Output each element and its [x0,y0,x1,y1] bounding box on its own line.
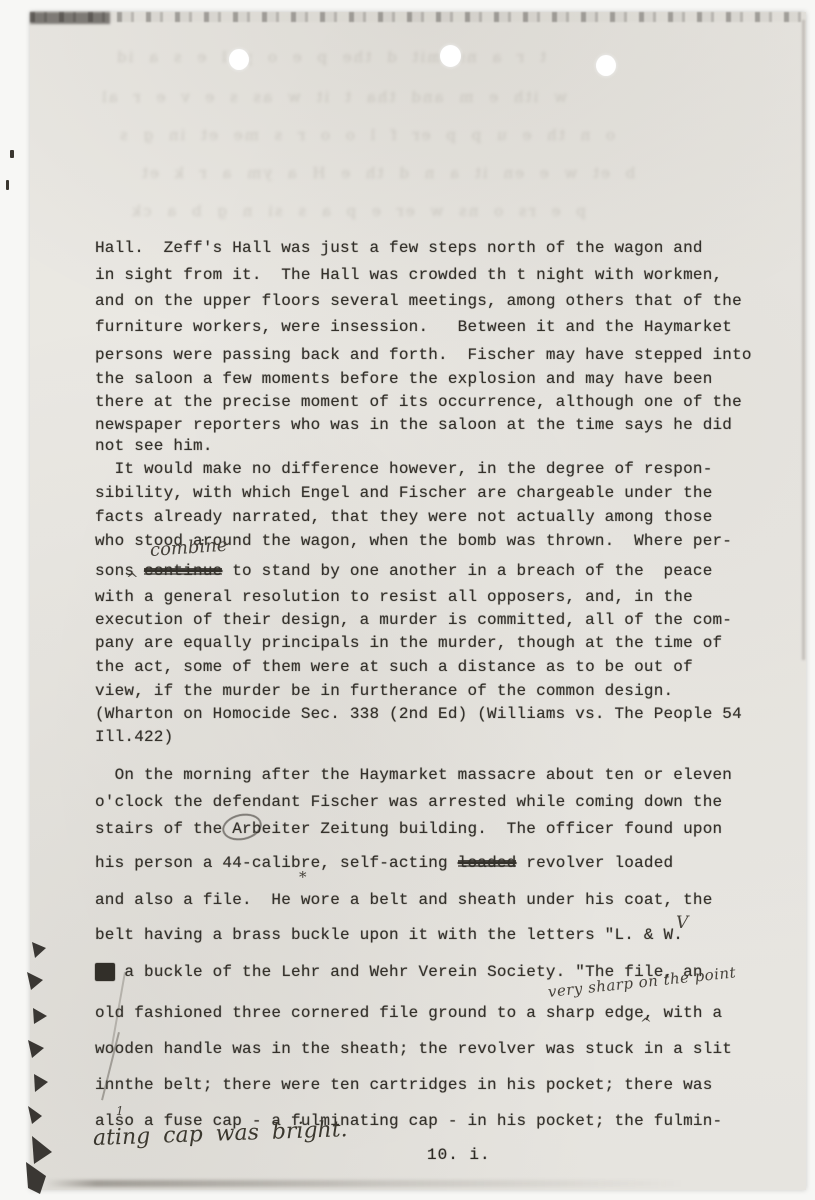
typed-line: stairs of the Arbeiter Zeitung building.… [95,821,722,839]
typed-line: the act, some of them were at such a dis… [95,659,693,677]
typed-line: On the morning after the Haymarket massa… [95,767,732,785]
paper-top-edge-dark [30,12,110,24]
blotted-word: ep [95,963,115,981]
typed-text: facts already narrated, that they were n… [95,508,713,526]
typed-line: belt having a brass buckle upon it with … [95,927,683,945]
typed-line: sons continue to stand by one another in… [95,563,713,581]
bleedthrough-line: o n th e u p p er f l o o r s me et in g… [118,126,615,144]
typed-line: innthe belt; there were ten cartridges i… [95,1077,713,1095]
typed-text: wooden handle was in the sheath; the rev… [95,1040,732,1058]
typed-text: On the morning after the Haymarket massa… [95,766,732,784]
insertion-caret: ^ [126,570,139,588]
typed-text: persons were passing back and forth. Fis… [95,346,752,364]
bleedthrough-line: w ith e m and tha t it w as s e v e r al [100,88,567,106]
typed-line: furniture workers, were insession. Betwe… [95,319,732,337]
typed-text: with a general resolution to resist all … [95,588,693,606]
struck-word: continue [144,562,222,580]
pencil-mark: * [299,868,307,886]
typed-text: in sight from it. The Hall was crowded t… [95,266,722,284]
typed-text: o'clock the defendant Fischer was arrest… [95,793,722,811]
pencil-mark: 1 [116,1104,124,1118]
page-number: 10. i. [427,1146,491,1164]
typed-text: pany are equally principals in the murde… [95,634,722,652]
typed-line: view, if the murder be in furtherance of… [95,683,673,701]
paper-top-edge [30,12,806,22]
punch-hole [596,55,616,76]
typed-text: Ill.422) [95,728,173,746]
typed-text: to stand by one another in a breach of t… [222,562,712,580]
typed-text: newspaper reporters who was in the saloo… [95,416,732,434]
typed-line: persons were passing back and forth. Fis… [95,347,752,365]
typed-line: the saloon a few moments before the expl… [95,371,713,389]
torn-edge-marks [22,928,78,1198]
bleedthrough-line: t r a ns mit d the p e o p l e s a id [115,48,546,66]
typed-line: Hall. Zeff's Hall was just a few steps n… [95,240,703,258]
insertion-caret: ^ [640,1016,652,1032]
bleedthrough-line: b et w e en it a n d th e H a ym a r k e… [140,164,635,182]
typed-line: pany are equally principals in the murde… [95,635,722,653]
typed-line: his person a 44-calibre, self-acting loa… [95,855,673,873]
typed-text: the saloon a few moments before the expl… [95,370,713,388]
typed-text: not see him. [95,437,213,455]
typed-text: old fashioned three cornered file ground… [95,1004,722,1022]
typed-text: the act, some of them were at such a dis… [95,658,693,676]
typed-text: there at the precise moment of its occur… [95,393,742,411]
typed-text: and on the upper floors several meetings… [95,292,742,310]
typed-text: It would make no difference however, in … [95,460,713,478]
typed-text: innthe belt; there were ten cartridges i… [95,1076,713,1094]
typed-line: and also a file. He wore a belt and shea… [95,892,713,910]
typed-line: facts already narrated, that they were n… [95,509,713,527]
scan-speck [10,150,14,158]
typed-text: sibility, with which Engel and Fischer a… [95,484,713,502]
typed-text: and also a file. He wore a belt and shea… [95,891,713,909]
typed-text: stairs of the Arbeiter Zeitung building.… [95,820,722,838]
typed-text: execution of their design, a murder is c… [95,611,732,629]
typed-line: o'clock the defendant Fischer was arrest… [95,794,722,812]
typed-line: wooden handle was in the sheath; the rev… [95,1041,732,1059]
typed-line: old fashioned three cornered file ground… [95,1005,722,1023]
typed-text: belt having a brass buckle upon it with … [95,926,683,944]
handwritten-v: V [676,913,688,933]
bleedthrough-line: p e rs o ns w er e p a s si n g b a ck [130,202,586,220]
paper-bottom-edge [45,1180,685,1187]
typed-line: with a general resolution to resist all … [95,589,693,607]
typed-line: in sight from it. The Hall was crowded t… [95,267,722,285]
typed-text: view, if the murder be in furtherance of… [95,682,673,700]
paper-right-edge [802,20,805,660]
punch-hole [440,45,461,67]
typed-text: his person a 44-calibre, self-acting [95,854,458,872]
typed-line: It would make no difference however, in … [95,461,713,479]
typed-line: Ill.422) [95,729,173,747]
typed-line: and on the upper floors several meetings… [95,293,742,311]
typed-text: revolver loaded [516,854,673,872]
typed-line: sibility, with which Engel and Fischer a… [95,485,713,503]
typed-line: (Wharton on Homocide Sec. 338 (2nd Ed) (… [95,706,742,724]
typed-line: there at the precise moment of its occur… [95,394,742,412]
typed-text: furniture workers, were insession. Betwe… [95,318,732,336]
typed-line: newspaper reporters who was in the saloo… [95,417,732,435]
typed-line: not see him. [95,438,213,456]
typed-text: Hall. Zeff's Hall was just a few steps n… [95,239,703,257]
typed-line: execution of their design, a murder is c… [95,612,732,630]
struck-word: loaded [458,854,517,872]
typed-text: (Wharton on Homocide Sec. 338 (2nd Ed) (… [95,705,742,723]
punch-hole [229,49,249,70]
scan-speck [6,180,9,190]
